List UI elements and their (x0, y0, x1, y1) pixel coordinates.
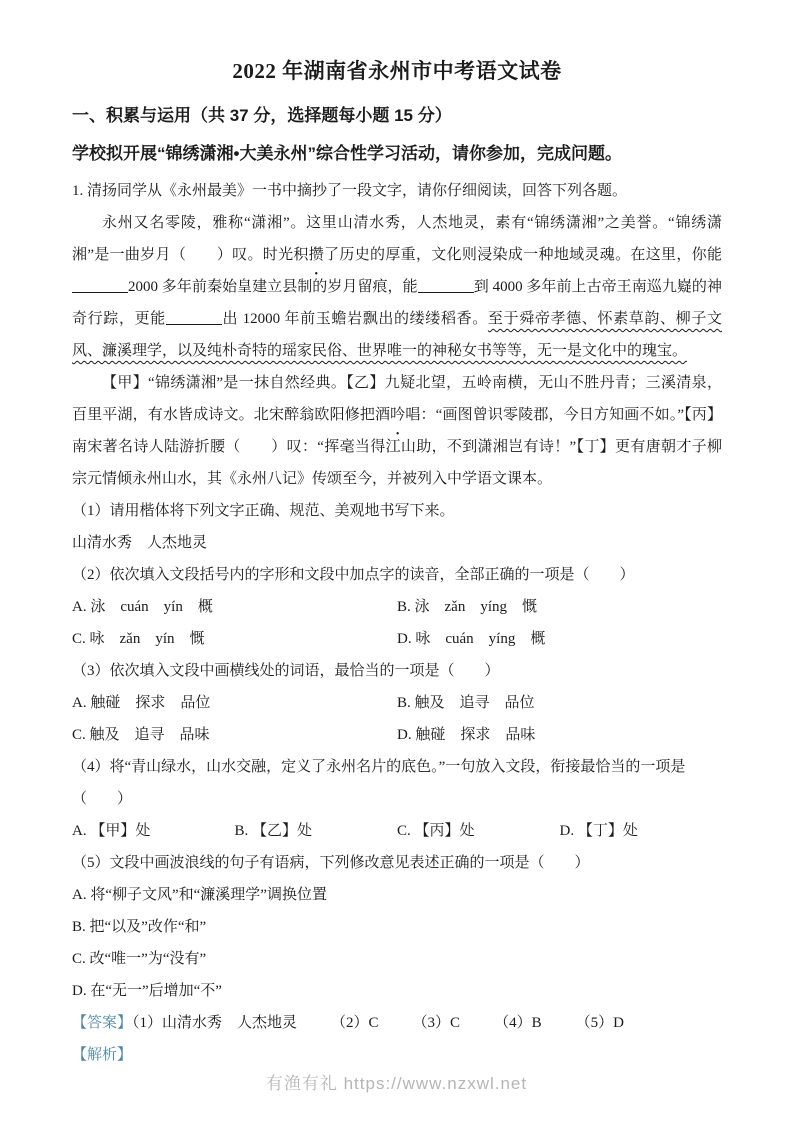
passage-paragraph-1: 永州又名零陵，雅称“潇湘”。这里山清水秀，人杰地灵，素有“锦绣潇湘”之美誉。“锦… (72, 207, 722, 367)
analysis-line: 【解析】 (72, 1039, 722, 1071)
option-4c: C. 【丙】处 (397, 815, 560, 847)
watermark-footer: 有渔有礼 https://www.nzxwl.net (0, 1069, 793, 1094)
option-5b: B. 把“以及”改作“和” (72, 911, 722, 943)
option-2c: C. 咏 zǎn yín 慨 (72, 623, 397, 655)
passage-text: 了历史的厚重，文化则浸染成一种地域灵魂。在这里，你能 (324, 247, 722, 263)
subquestion-3-options: A. 触碰 探求 品位 B. 触及 追寻 品位 C. 触及 追寻 品味 D. 触… (72, 687, 722, 751)
analysis-label: 【解析】 (72, 1047, 132, 1063)
subquestion-2-options: A. 泳 cuán yín 概 B. 泳 zǎn yíng 慨 C. 咏 zǎn… (72, 591, 722, 655)
subquestion-2-stem: （2）依次填入文段括号内的字形和文段中加点字的读音，全部正确的一项是（ ） (72, 559, 722, 591)
dotted-char-yin: 吟 (390, 399, 405, 431)
subquestion-5-stem: （5）文段中画波浪线的句子有语病，下列修改意见表述正确的一项是（ ） (72, 847, 722, 879)
answer-item-3: （3）C (413, 1015, 461, 1031)
option-5c: C. 改“唯一”为“没有” (72, 943, 722, 975)
subquestion-1-stem: （1）请用楷体将下列文字正确、规范、美观地书写下来。 (72, 495, 722, 527)
option-5a: A. 将“柳子文风”和“濂溪理学”调换位置 (72, 879, 722, 911)
fill-blank-line-2 (418, 278, 474, 293)
option-2b: B. 泳 zǎn yíng 慨 (397, 591, 722, 623)
section-heading: 一、积累与运用（共 37 分，选择题每小题 15 分） (72, 102, 722, 130)
option-4d: D. 【丁】处 (560, 815, 723, 847)
option-3b: B. 触及 追寻 品位 (397, 687, 722, 719)
answer-item-4: （4）B (494, 1015, 542, 1031)
calligraphy-characters: 山清水秀 人杰地灵 (72, 527, 722, 559)
answer-line: 【答案】（1）山清水秀 人杰地灵（2）C（3）C（4）B（5）D (72, 1007, 722, 1039)
fill-blank-line-3 (166, 310, 222, 325)
option-4b: B. 【乙】处 (235, 815, 398, 847)
activity-intro: 学校拟开展“锦绣潇湘•大美永州”综合性学习活动，请你参加，完成问题。 (72, 140, 722, 168)
question-1-intro: 1. 清扬同学从《永州最美》一书中摘抄了一段文字，请你仔细阅读，回答下列各题。 (72, 176, 722, 207)
option-2a: A. 泳 cuán yín 概 (72, 591, 397, 623)
passage-text: 出 12000 年前玉蟾岩飘出的缕缕稻香。 (222, 311, 488, 327)
answer-item-5: （5）D (576, 1015, 624, 1031)
subquestion-4-stem: （4）将“青山绿水，山水交融，定义了永州名片的底色。”一句放入文段，衔接最恰当的… (72, 751, 722, 815)
answer-label: 【答案】 (72, 1015, 132, 1031)
option-3a: A. 触碰 探求 品位 (72, 687, 397, 719)
dotted-char-zan: 攒 (309, 239, 324, 271)
subquestion-3-stem: （3）依次填入文段中画横线处的词语，最恰当的一项是（ ） (72, 655, 722, 687)
option-2d: D. 咏 cuán yíng 概 (397, 623, 722, 655)
page-title: 2022 年湖南省永州市中考语文试卷 (72, 56, 722, 86)
passage-text: 2000 多年前秦始皇建立县制的岁月留痕，能 (128, 279, 418, 295)
passage-paragraph-2: 【甲】“锦绣潇湘”是一抹自然经典。【乙】九疑北望，五岭南横，无山不胜丹青；三溪清… (72, 367, 722, 495)
option-5d: D. 在“无一”后增加“不” (72, 975, 722, 1007)
option-3c: C. 触及 追寻 品味 (72, 719, 397, 751)
fill-blank-line-1 (72, 278, 128, 293)
exam-paper-page: 2022 年湖南省永州市中考语文试卷 一、积累与运用（共 37 分，选择题每小题… (0, 0, 793, 1122)
answer-item-2: （2）C (331, 1015, 379, 1031)
option-4a: A. 【甲】处 (72, 815, 235, 847)
subquestion-4-options: A. 【甲】处 B. 【乙】处 C. 【丙】处 D. 【丁】处 (72, 815, 722, 847)
answer-item-1: （1）山清水秀 人杰地灵 (132, 1015, 297, 1031)
option-3d: D. 触碰 探求 品味 (397, 719, 722, 751)
